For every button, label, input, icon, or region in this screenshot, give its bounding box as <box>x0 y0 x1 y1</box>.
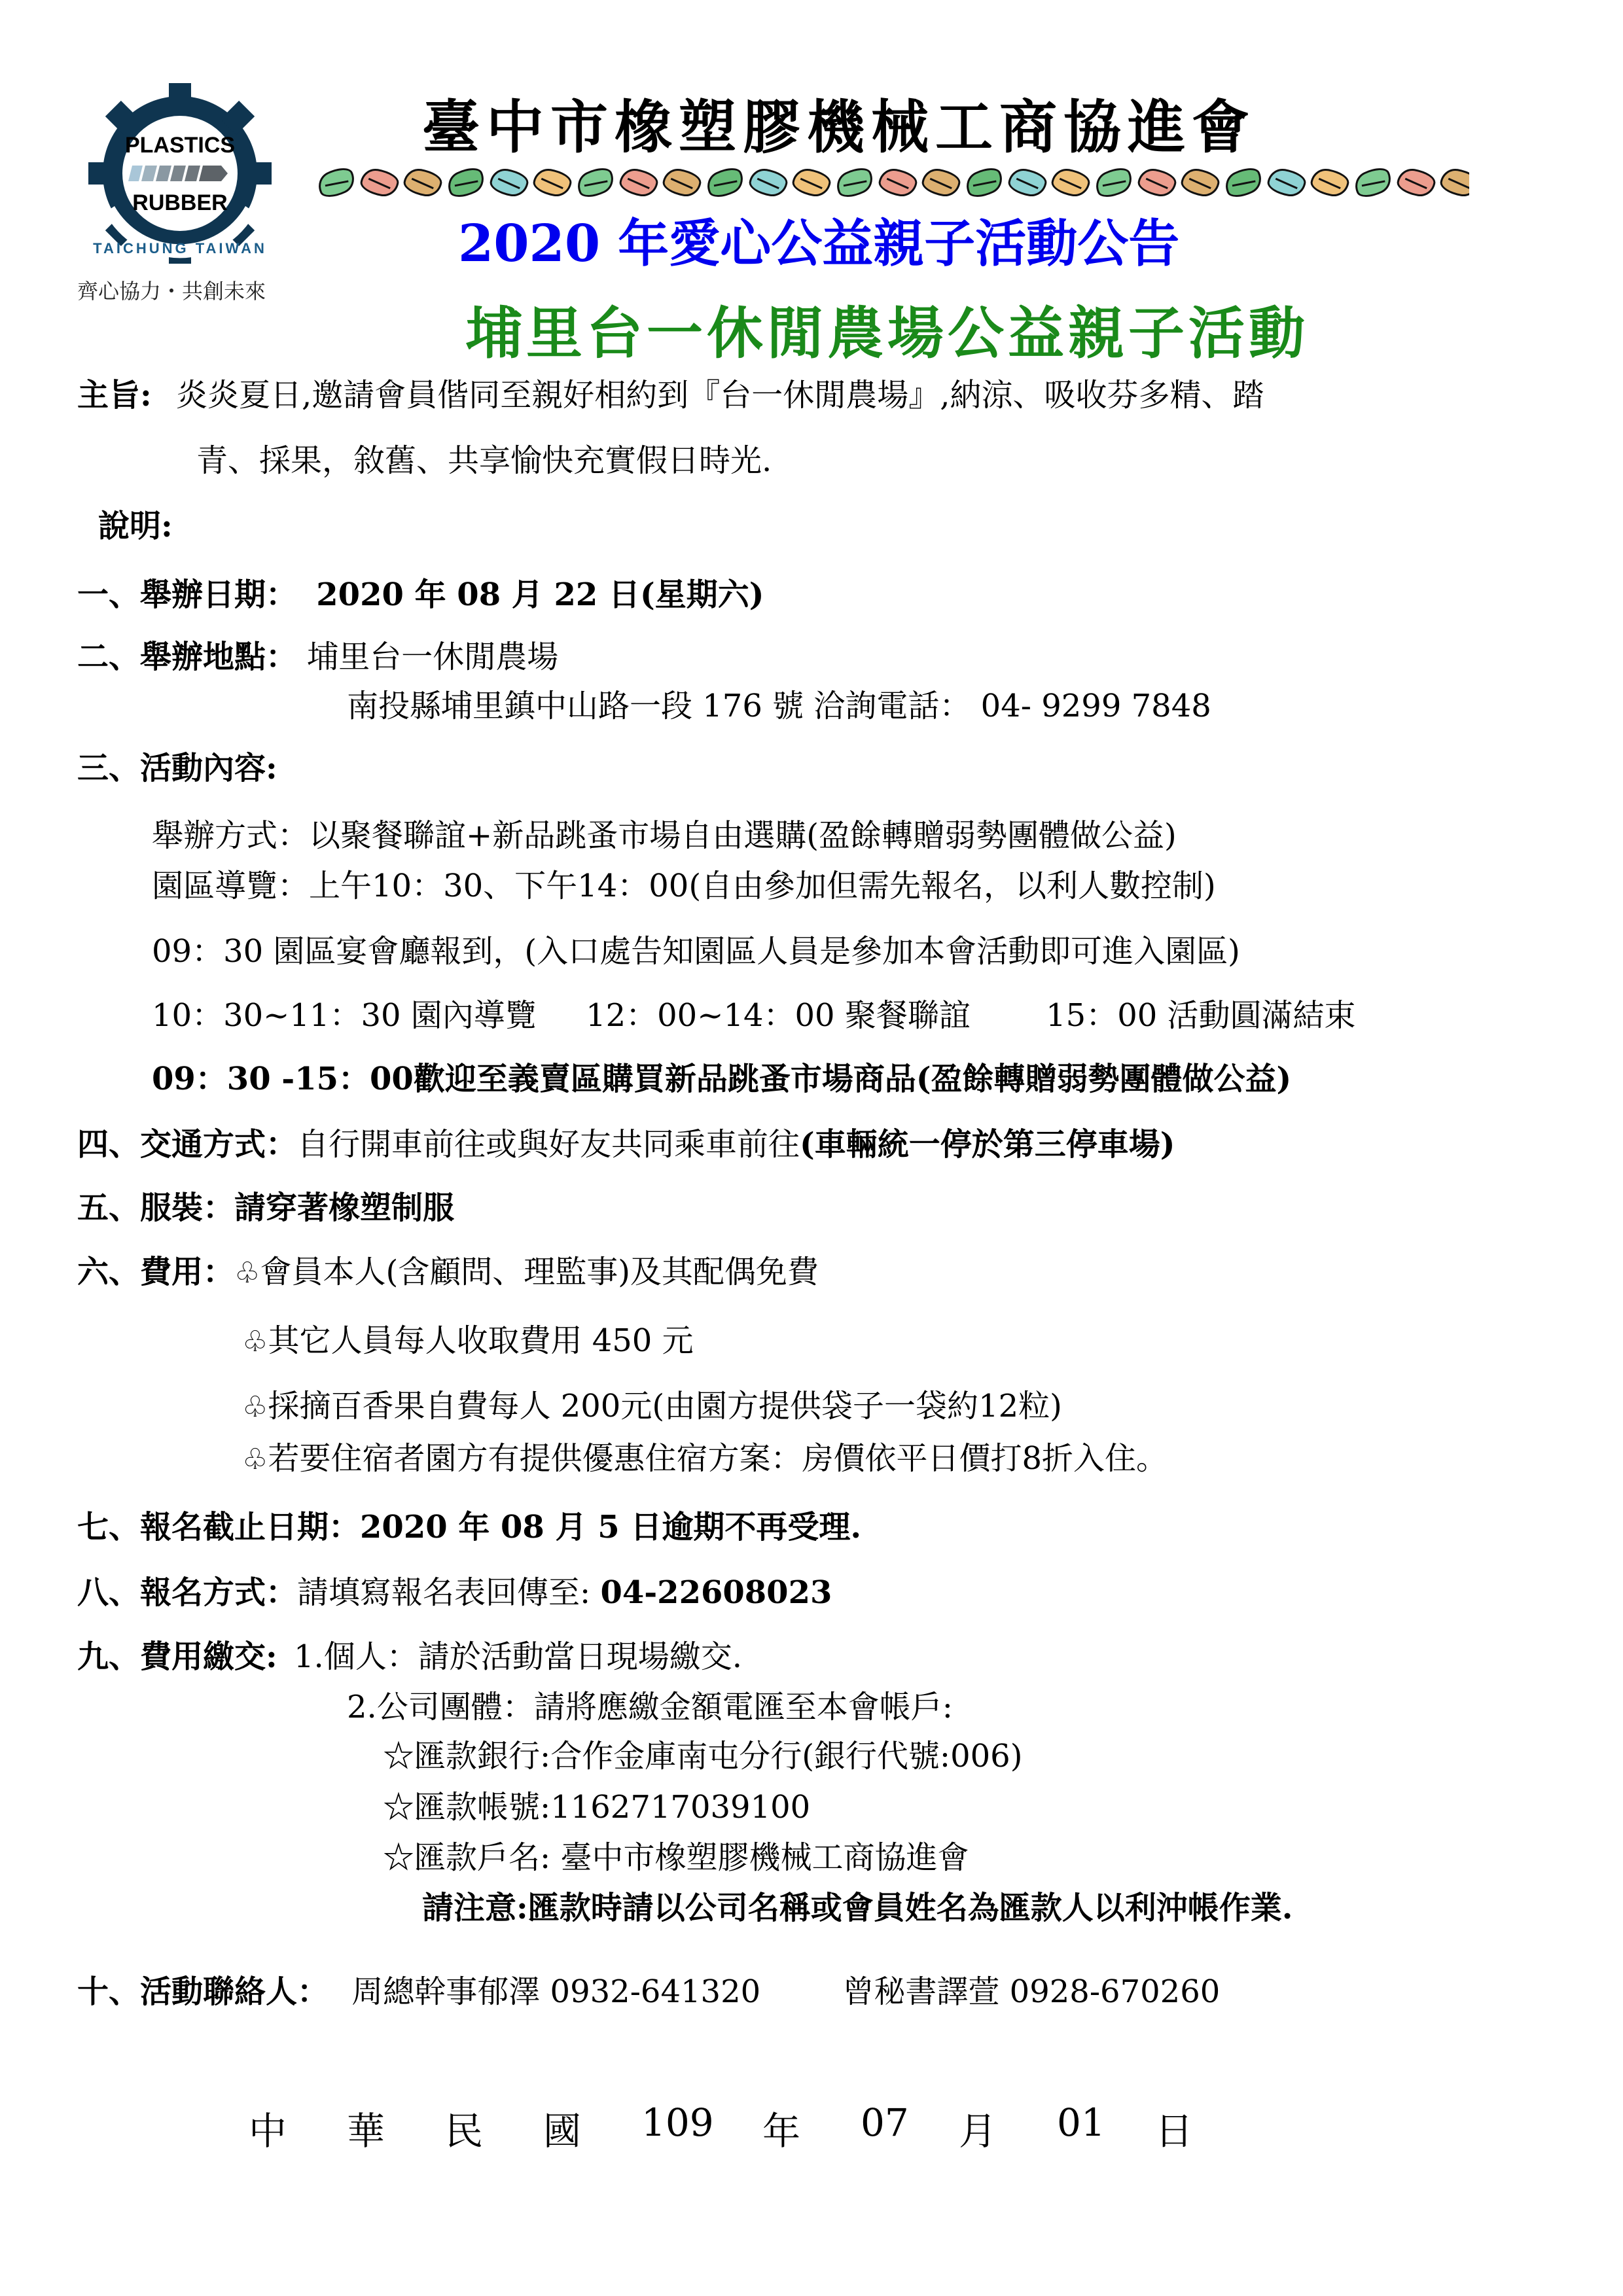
payment-notice: 請注意:匯款時請以公司名稱或會員姓名為匯款人以利沖帳作業. <box>422 1892 1293 1924</box>
logo-tagline: 齊心協力・共創未來 <box>77 275 266 305</box>
leaf-icon <box>791 166 832 198</box>
star-bullet-icon: ☆ <box>383 1789 414 1826</box>
footer-date-month: 07 <box>861 2100 959 2155</box>
leaf-icon <box>920 166 962 198</box>
footer-date-part: 中 <box>249 2100 347 2155</box>
svg-text:TAICHUNG TAIWAN: TAICHUNG TAIWAN <box>93 240 267 256</box>
section-deadline: 七、報名截止日期：2020 年 08 月 5 日逾期不再受理. <box>77 1511 861 1543</box>
purpose-label: 主旨: <box>77 377 152 414</box>
leaf-icon <box>618 166 660 198</box>
contacts-label: 十、活動聯絡人： <box>77 1973 329 2010</box>
fee-item-3: 採摘百香果自費每人 200元(由園方提供袋子一袋約12粒) <box>268 1388 1061 1424</box>
section-contacts: 十、活動聯絡人： 周總幹事郁澤 0932-641320 曾秘書譯萱 0928-6… <box>77 1976 1220 2007</box>
fee-item-2: 其它人員每人收取費用 450 元 <box>268 1322 693 1359</box>
content-line-tour: 園區導覽：上午10：30、下午14：00(自由參加但需先報名，以利人數控制) <box>152 870 1216 902</box>
payment-account-row: ☆匯款帳號:1162717039100 <box>383 1792 810 1823</box>
transport-value: 自行開車前往或與好友共同乘車前往 <box>297 1126 800 1163</box>
dress-label: 五、服裝： <box>77 1190 234 1226</box>
footer-date-day: 01 <box>1057 2100 1155 2155</box>
leaf-icon <box>1309 166 1351 198</box>
section-registration: 八、報名方式：請填寫報名表回傳至: 04-22608023 <box>77 1577 832 1608</box>
leaf-border-decoration <box>317 162 1469 203</box>
deadline-value: 2020 年 08 月 5 日逾期不再受理. <box>360 1509 861 1545</box>
schedule-item-end: 15：00 活動圓滿結束 <box>1046 997 1355 1034</box>
leaf-icon <box>832 163 877 203</box>
footer-date-part: 年 <box>762 2100 861 2155</box>
contact-secondary: 曾秘書譯萱 0928-670260 <box>842 1973 1220 2010</box>
svg-text:PLASTICS: PLASTICS <box>125 133 235 158</box>
leaf-icon <box>443 163 488 203</box>
fee-row-4: ♧若要住宿者園方有提供優惠住宿方案：房價依平日價打8折入住。 <box>242 1443 1168 1474</box>
footer-date-part: 日 <box>1155 2100 1253 2155</box>
section-date: 一、舉辦日期： 2020 年 08 月 22 日(星期六) <box>77 579 764 610</box>
footer-date-part: 國 <box>543 2100 641 2155</box>
leaf-icon <box>1007 166 1048 198</box>
footer-date-part: 民 <box>445 2100 543 2155</box>
section-fees: 六、費用：♧會員本人(含顧問、理監事)及其配偶免費 <box>77 1256 819 1288</box>
purpose-line-1: 主旨: 炎炎夏日,邀請會員偕同至親好相約到『台一休閒農場』,納涼、吸收芬多精、踏 <box>77 380 1264 411</box>
content-line-method: 舉辦方式：以聚餐聯誼+新品跳蚤市場自由選購(盈餘轉贈弱勢團體做公益) <box>152 820 1177 851</box>
leaf-icon <box>1438 166 1469 198</box>
leaf-icon <box>702 163 747 203</box>
club-bullet-icon: ♧ <box>242 1390 268 1424</box>
location-address: 南投縣埔里鎮中山路一段 176 號 洽詢電話： 04- 9299 7848 <box>347 690 1211 722</box>
section-payment: 九、費用繳交: 1.個人：請於活動當日現場繳交. <box>77 1641 742 1672</box>
leaf-icon <box>661 166 703 198</box>
payment-account-name: 匯款戶名: 臺中市橡塑膠機械工商協進會 <box>414 1839 969 1876</box>
leaf-icon <box>1266 166 1308 198</box>
svg-text:RUBBER: RUBBER <box>132 190 227 215</box>
payment-bank: 匯款銀行:合作金庫南屯分行(銀行代號:006) <box>414 1738 1022 1775</box>
fee-item-1: 會員本人(含顧問、理監事)及其配偶免費 <box>260 1254 818 1290</box>
leaf-icon <box>1179 166 1221 198</box>
deadline-label: 七、報名截止日期： <box>77 1509 360 1545</box>
club-bullet-icon: ♧ <box>242 1443 268 1476</box>
fees-label: 六、費用： <box>77 1254 234 1290</box>
leaf-icon <box>531 166 573 198</box>
transport-label: 四、交通方式： <box>77 1126 297 1163</box>
leaf-icon <box>1350 163 1395 203</box>
schedule-item-lunch: 12：00~14：00 聚餐聯誼 <box>586 997 971 1034</box>
dress-value: 請穿著橡塑制服 <box>234 1190 454 1226</box>
leaf-icon <box>402 166 444 198</box>
content-schedule: 10：30~11：30 園內導覽 12：00~14：00 聚餐聯誼 15：00 … <box>152 1000 1356 1031</box>
payment-label: 九、費用繳交: <box>77 1638 277 1675</box>
contact-primary: 周總幹事郁澤 0932-641320 <box>351 1973 760 2010</box>
leaf-icon <box>1050 166 1092 198</box>
transport-parking-note: (車輛統一停於第三停車場) <box>800 1126 1175 1163</box>
location-label: 二、舉辦地點： <box>77 639 297 675</box>
section-location: 二、舉辦地點： 埔里台一休閒農場 <box>77 641 558 673</box>
leaf-icon <box>488 166 530 198</box>
schedule-item-tour: 10：30~11：30 園內導覽 <box>152 997 537 1034</box>
content-line-checkin: 09：30 園區宴會廳報到，(入口處告知園區人員是參加本會活動即可進入園區) <box>152 936 1240 967</box>
explanation-label: 說明: <box>98 510 173 542</box>
footer-date-part: 華 <box>347 2100 445 2155</box>
club-bullet-icon: ♧ <box>242 1325 268 1358</box>
star-bullet-icon: ☆ <box>383 1738 414 1775</box>
purpose-text-1: 炎炎夏日,邀請會員偕同至親好相約到『台一休閒農場』,納涼、吸收芬多精、踏 <box>176 377 1264 414</box>
leaf-icon <box>573 163 618 203</box>
organization-title: 臺中市橡塑膠機械工商協進會 <box>422 82 1256 164</box>
date-value: 2020 年 08 月 22 日(星期六) <box>316 576 764 613</box>
payment-account-name-row: ☆匯款戶名: 臺中市橡塑膠機械工商協進會 <box>383 1842 969 1873</box>
leaf-icon <box>1221 163 1266 203</box>
leaf-icon <box>747 166 789 198</box>
fee-item-4: 若要住宿者園方有提供優惠住宿方案：房價依平日價打8折入住。 <box>268 1440 1168 1477</box>
event-title: 埔里台一休閒農場公益親子活動 <box>466 288 1309 369</box>
section-dress: 五、服裝：請穿著橡塑制服 <box>77 1192 454 1224</box>
leaf-icon <box>359 166 401 198</box>
fee-row-3: ♧採摘百香果自費每人 200元(由園方提供袋子一袋約12粒) <box>242 1390 1062 1422</box>
content-highlight: 09：30 -15：00歡迎至義賣區購買新品跳蚤市場商品(盈餘轉贈弱勢團體做公益… <box>152 1063 1291 1095</box>
registration-value: 請填寫報名表回傳至: <box>297 1574 600 1611</box>
registration-fax: 04-22608023 <box>600 1574 832 1611</box>
location-value: 埔里台一休閒農場 <box>307 639 558 675</box>
content-label: 三、活動內容: <box>77 752 277 784</box>
leaf-icon <box>961 163 1007 203</box>
payment-individual: 1.個人：請於活動當日現場繳交. <box>294 1638 742 1675</box>
payment-company: 2.公司團體：請將應繳金額電匯至本會帳戶: <box>347 1691 953 1723</box>
payment-bank-row: ☆匯款銀行:合作金庫南屯分行(銀行代號:006) <box>383 1740 1022 1772</box>
leaf-icon <box>1136 166 1178 198</box>
payment-account: 匯款帳號:1162717039100 <box>414 1789 810 1826</box>
section-transport: 四、交通方式：自行開車前往或與好友共同乘車前往(車輛統一停於第三停車場) <box>77 1129 1175 1160</box>
leaf-icon <box>317 163 359 203</box>
announcement-title: 2020 年愛心公益親子活動公告 <box>458 203 1179 276</box>
footer-date-year: 109 <box>641 2100 762 2155</box>
association-logo: PLASTICS RUBBER TAICHUNG TAIWAN <box>85 82 275 272</box>
club-bullet-icon: ♧ <box>234 1256 260 1290</box>
leaf-icon <box>1091 163 1136 203</box>
registration-label: 八、報名方式： <box>77 1574 297 1611</box>
footer-date-part: 月 <box>959 2100 1057 2155</box>
star-bullet-icon: ☆ <box>383 1839 414 1876</box>
fee-row-2: ♧其它人員每人收取費用 450 元 <box>242 1325 694 1356</box>
leaf-icon <box>877 166 919 198</box>
gear-logo-icon: PLASTICS RUBBER TAICHUNG TAIWAN <box>85 82 275 272</box>
footer-date: 中 華 民 國 109 年 07 月 01 日 <box>249 2100 1253 2155</box>
date-label: 一、舉辦日期： <box>77 576 297 613</box>
purpose-text-2: 青、採果，敘舊、共享愉快充實假日時光. <box>196 445 772 476</box>
leaf-icon <box>1395 166 1437 198</box>
